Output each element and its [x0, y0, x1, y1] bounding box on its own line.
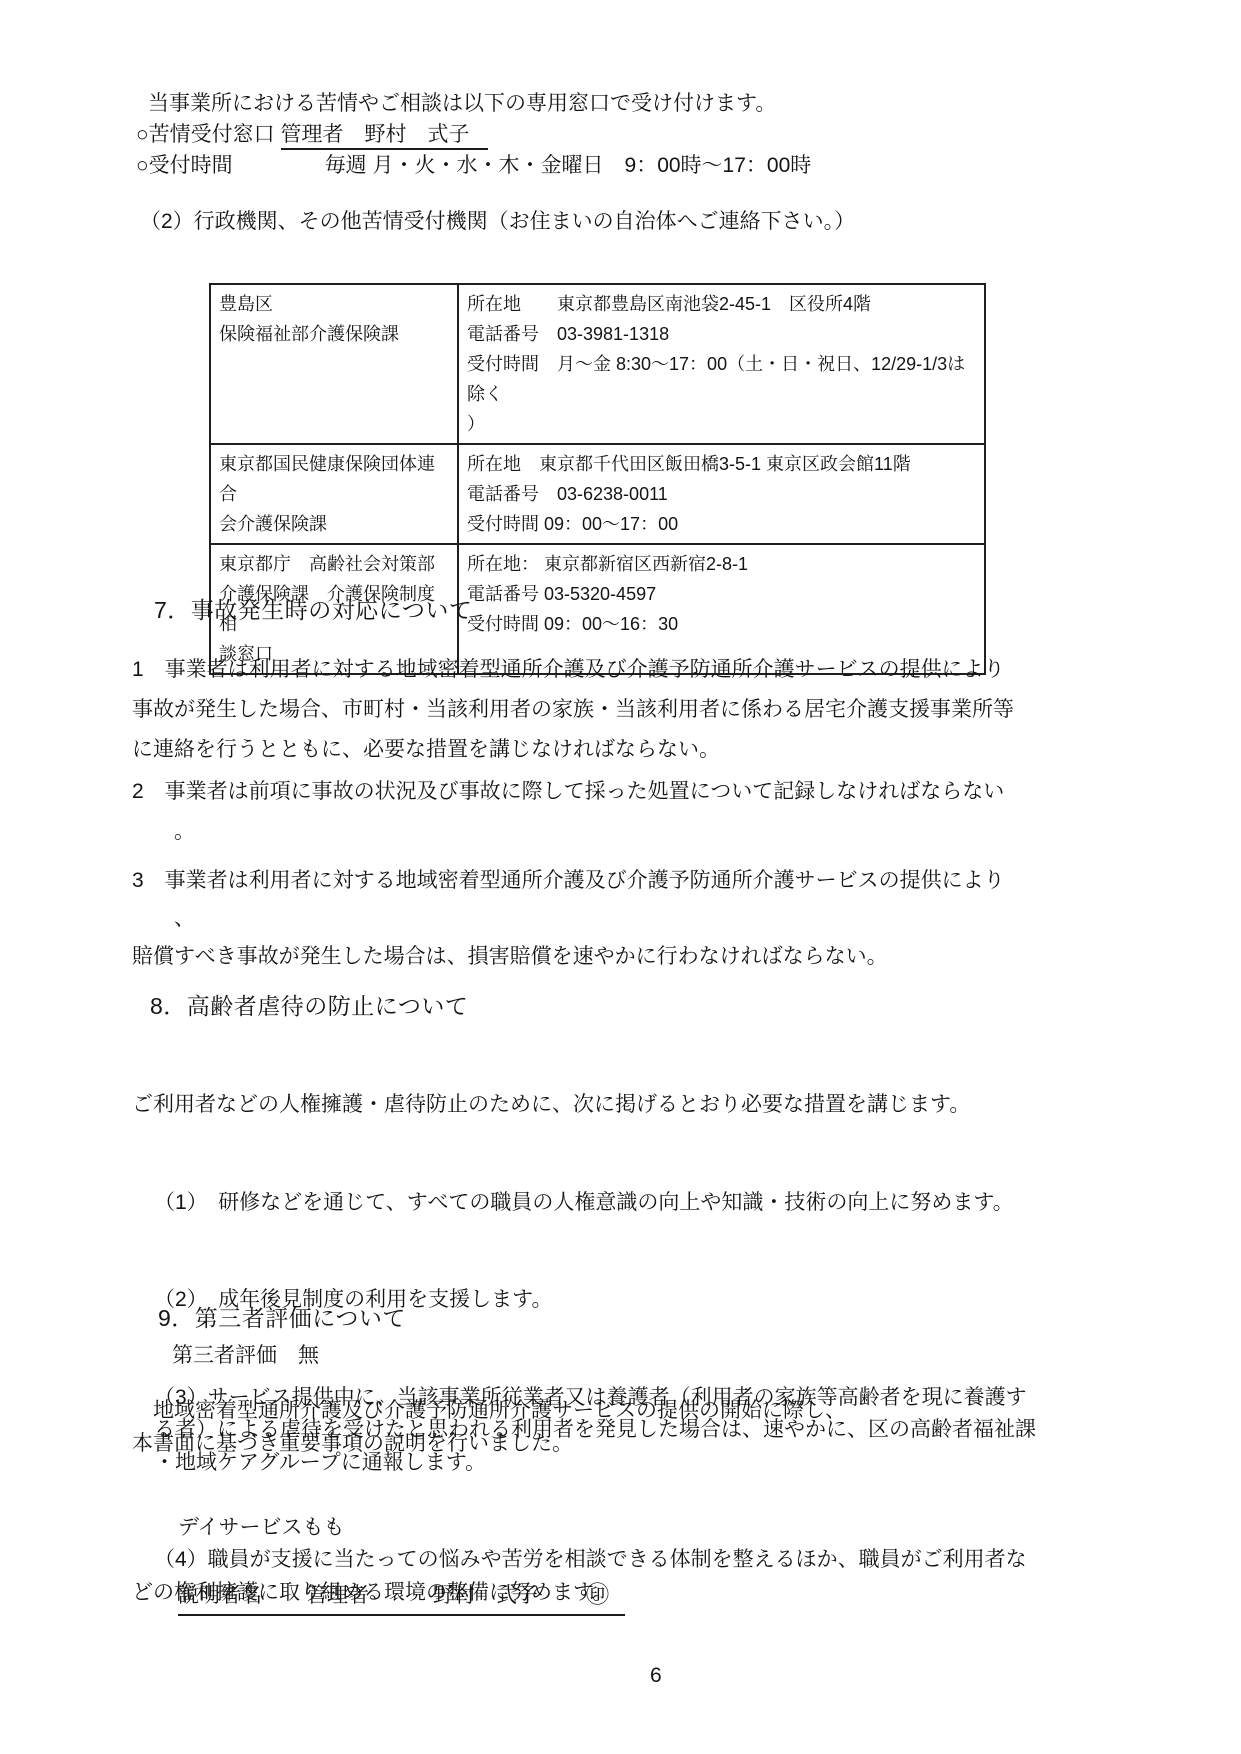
seal-icon: ㊞ [586, 1581, 609, 1607]
table-row: 豊島区 保険福祉部介護保険課 所在地 東京都豊島区南池袋2-45-1 区役所4階… [210, 284, 985, 444]
office-name: デイサービスもも [178, 1512, 345, 1543]
section8-heading: 8．高齢者虐待の防止について [150, 988, 468, 1021]
closing-statement: 地域密着型通所介護及び介護予防通所介護サービスの提供の開始に際し、 本書面に基づ… [132, 1394, 1132, 1460]
signature-underline: 説明者名管理者野村 式子㊞ [178, 1576, 625, 1616]
explainer-signature-line: 説明者名管理者野村 式子㊞ [178, 1576, 625, 1616]
agency-info-cell: 所在地 東京都豊島区南池袋2-45-1 区役所4階 電話番号 03-3981-1… [458, 284, 985, 444]
section8-item-1: （1） 研修などを通じて、すべての職員の人権意識の向上や知識・技術の向上に努めま… [154, 1187, 1202, 1220]
explainer-label: 説明者名 [178, 1584, 262, 1607]
complaint-window-line: ○苦情受付窓口 管理者 野村 式子 [136, 119, 488, 150]
agency-name-cell: 東京都国民健康保険団体連合 会介護保険課 [210, 444, 458, 544]
gov-agencies-heading: （2）行政機関、その他苦情受付機関（お住まいの自治体へご連絡下さい。） [140, 206, 855, 237]
section8-intro: ご利用者などの人権擁護・虐待防止のために、次に掲げるとおり必要な措置を講じます。 [132, 1089, 1202, 1122]
section7-paragraph-1: 1 事業者は利用者に対する地域密着型通所介護及び介護予防通所介護サービスの提供に… [132, 650, 1192, 770]
document-page: 当事業所における苦情やご相談は以下の専用窓口で受け付けます。 ○苦情受付窓口 管… [0, 0, 1241, 1754]
reception-hours-value: 毎週 月・火・水・木・金曜日 9：00時～17：00時 [325, 154, 812, 177]
section9-result: 第三者評価 無 [172, 1340, 319, 1371]
complaints-intro: 当事業所における苦情やご相談は以下の専用窓口で受け付けます。 [148, 88, 776, 119]
complaint-window-manager: 管理者 野村 式子 [281, 123, 488, 150]
table-row: 東京都国民健康保険団体連合 会介護保険課 所在地 東京都千代田区飯田橋3-5-1… [210, 444, 985, 544]
section9-heading: 9．第三者評価について [158, 1300, 406, 1333]
section7-paragraph-2: 2 事業者は前項に事故の状況及び事故に際して採った処置について記録しなければなら… [132, 772, 1192, 852]
agency-name-cell: 豊島区 保険福祉部介護保険課 [210, 284, 458, 444]
reception-hours-line: ○受付時間毎週 月・火・水・木・金曜日 9：00時～17：00時 [136, 150, 811, 181]
section7-paragraph-3: 3 事業者は利用者に対する地域密着型通所介護及び介護予防通所介護サービスの提供に… [132, 862, 1192, 976]
explainer-name: 野村 式子 [433, 1584, 538, 1607]
page-number: 6 [650, 1664, 662, 1688]
reception-hours-label: ○受付時間 [136, 154, 233, 177]
agency-info-cell: 所在地 東京都千代田区飯田橋3-5-1 東京区政会館11階 電話番号 03-62… [458, 444, 985, 544]
section7-heading: 7．事故発生時の対応について [154, 592, 472, 625]
complaint-window-label: ○苦情受付窓口 [136, 123, 281, 146]
explainer-role: 管理者 [306, 1584, 369, 1607]
